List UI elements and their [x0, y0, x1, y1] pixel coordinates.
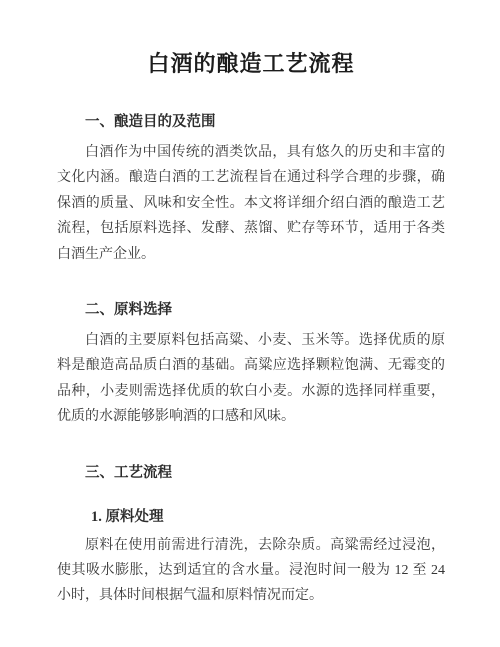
section-brewing-purpose: 一、酿造目的及范围 白酒作为中国传统的酒类饮品，具有悠久的历史和丰富的文化内涵。… — [57, 112, 445, 267]
subsection-raw-material-treatment-paragraph: 原料在使用前需进行清洗，去除杂质。高粱需经过浸泡，使其吸水膨胀，达到适宜的含水量… — [57, 533, 445, 609]
section-3-heading: 三、工艺流程 — [57, 463, 445, 483]
section-1-heading: 一、酿造目的及范围 — [57, 112, 445, 132]
document-page: 白酒的酿造工艺流程 一、酿造目的及范围 白酒作为中国传统的酒类饮品，具有悠久的历… — [0, 0, 500, 647]
section-1-paragraph: 白酒作为中国传统的酒类饮品，具有悠久的历史和丰富的文化内涵。酿造白酒的工艺流程旨… — [57, 140, 445, 267]
section-process-flow: 三、工艺流程 1. 原料处理 原料在使用前需进行清洗，去除杂质。高粱需经过浸泡，… — [57, 463, 445, 609]
subsection-raw-material-treatment-heading: 1. 原料处理 — [57, 507, 445, 527]
section-raw-material-selection: 二、原料选择 白酒的主要原料包括高粱、小麦、玉米等。选择优质的原料是酿造高品质白… — [57, 300, 445, 430]
section-2-paragraph: 白酒的主要原料包括高粱、小麦、玉米等。选择优质的原料是酿造高品质白酒的基础。高粱… — [57, 328, 445, 430]
document-title: 白酒的酿造工艺流程 — [57, 48, 445, 80]
section-2-heading: 二、原料选择 — [57, 300, 445, 320]
